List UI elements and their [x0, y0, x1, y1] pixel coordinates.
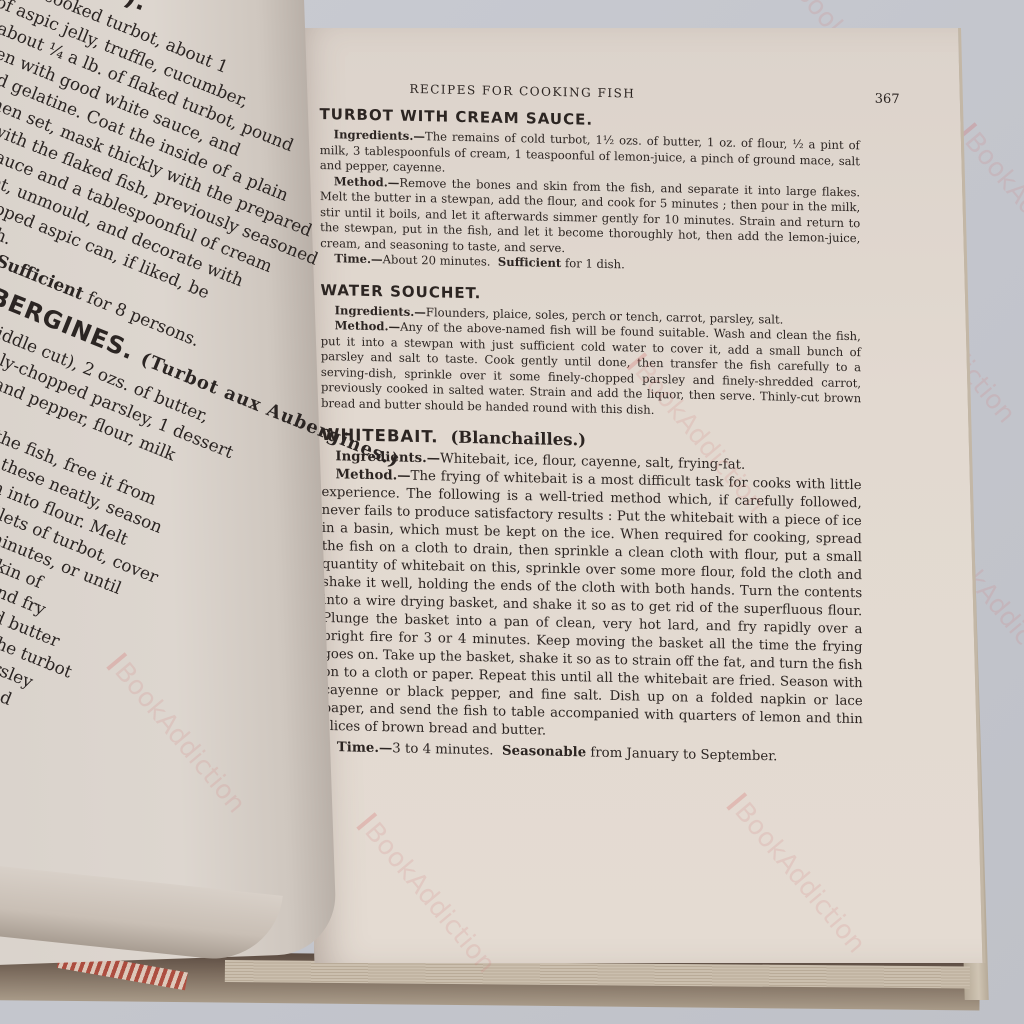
recipe-subtitle: (Blanchailles.)	[450, 428, 586, 450]
right-page: RECIPES FOR COOKING FISH 367 TURBOT WITH…	[290, 28, 985, 963]
left-page-content: OF (COLD). 1½ lb. of cooked turbot, abou…	[0, 0, 322, 773]
left-page: OF (COLD). 1½ lb. of cooked turbot, abou…	[0, 0, 337, 966]
recipe-whitebait: WHITEBAIT.(Blanchailles.) Ingredients.—W…	[321, 425, 863, 768]
recipe-turbot-cream-sauce: TURBOT WITH CREAM SAUCE. Ingredients.—Th…	[319, 105, 860, 278]
running-head: RECIPES FOR COOKING FISH 367	[409, 82, 859, 106]
running-head-title: RECIPES FOR COOKING FISH	[409, 82, 635, 101]
recipe-water-souchet: WATER SOUCHET. Ingredients.—Flounders, p…	[320, 280, 861, 422]
recipe-method: Method.—Remove the bones and skin from t…	[320, 173, 861, 262]
book-photo: BookAddiction BookAddiction BookAddictio…	[0, 0, 1024, 1024]
right-page-content: RECIPES FOR COOKING FISH 367 TURBOT WITH…	[319, 80, 863, 782]
page-number: 367	[875, 92, 900, 108]
recipe-method: Method.—The frying of whitebait is a mos…	[321, 466, 863, 747]
recipe-method: Method.—Any of the above-named fish will…	[321, 318, 862, 422]
